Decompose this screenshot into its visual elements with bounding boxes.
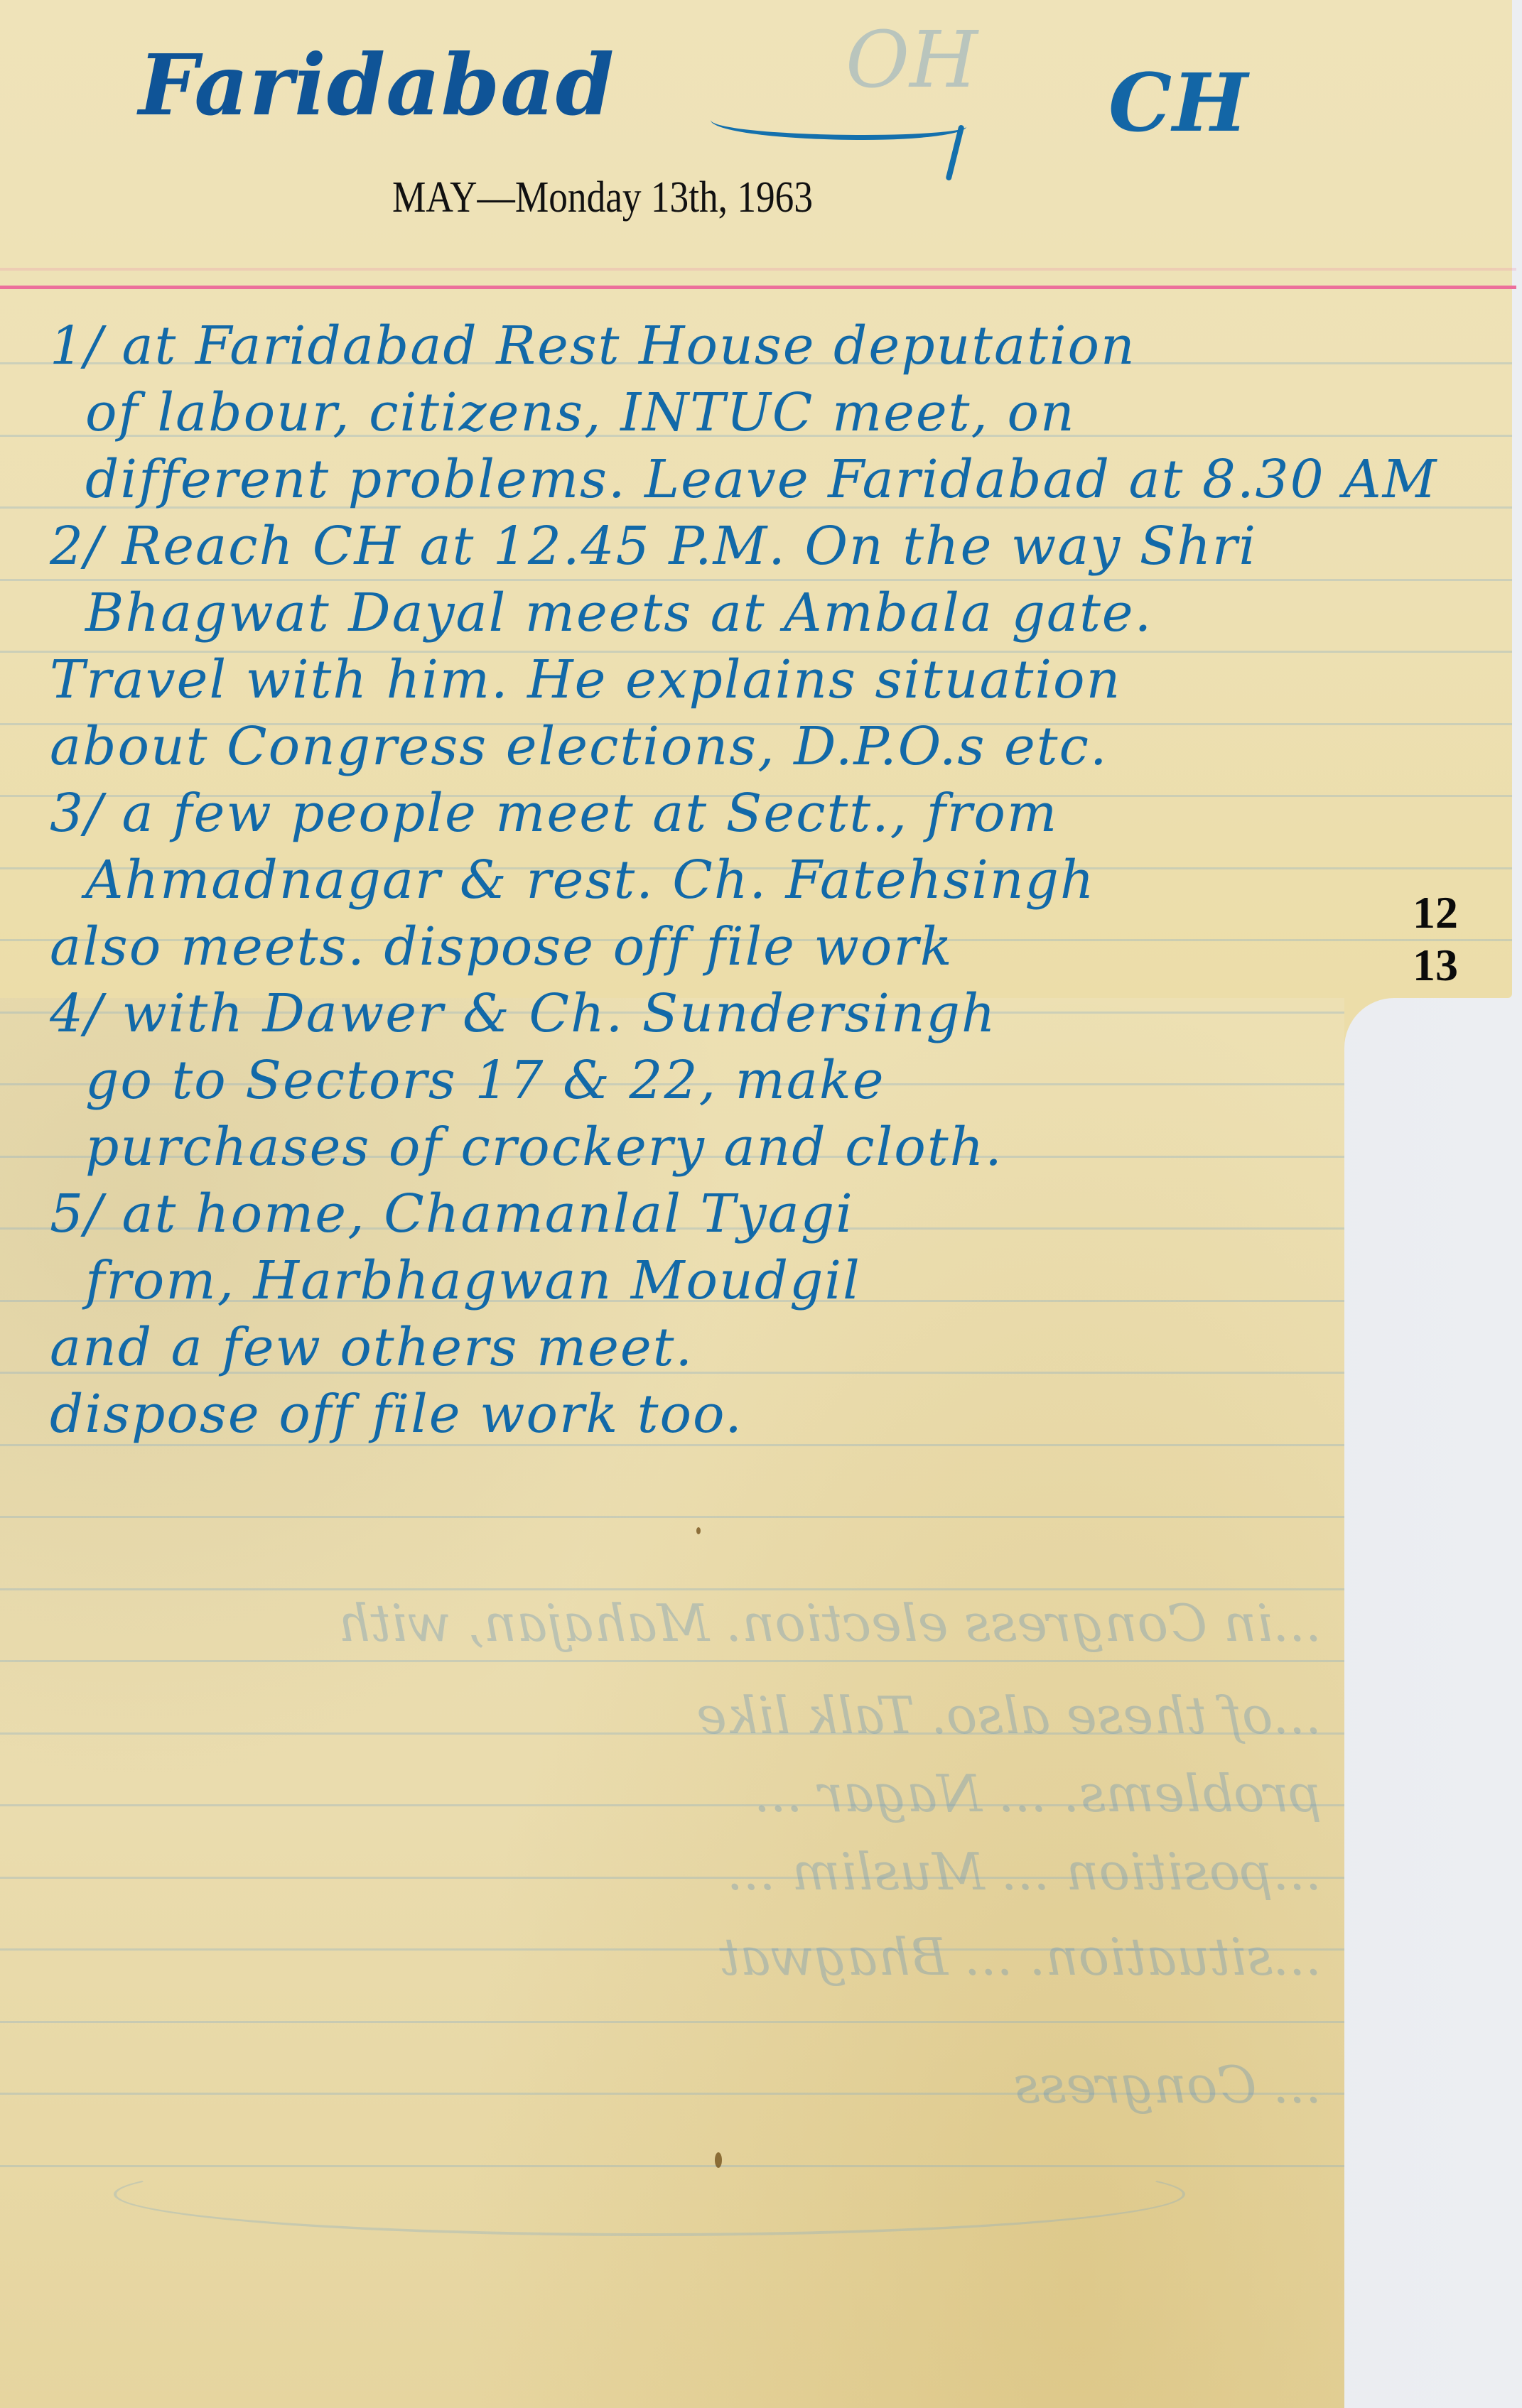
entry-line: Ahmadnagar & rest. Ch. Fatehsingh: [50, 847, 1499, 913]
printed-date: MAY—Monday 13th, 1963: [392, 173, 813, 223]
entry-4: 4/ with Dawer & Ch. Sundersingh go to Se…: [50, 980, 1499, 1181]
entry-line: from, Harbhagwan Moudgil: [50, 1247, 1499, 1314]
bleed-through-line: ...situation. ... Bhagwat: [43, 1918, 1322, 1996]
entry-1: 1/ at Faridabad Rest House deputation of…: [50, 313, 1499, 513]
margin-rule: [0, 286, 1516, 289]
bleed-through-line: ...in Congress election. Mahajan, with: [43, 1584, 1322, 1662]
entry-line: 4/ with Dawer & Ch. Sundersingh: [50, 980, 1499, 1047]
entry-line: different problems. Leave Faridabad at 8…: [50, 446, 1499, 513]
paper-stain: [715, 2152, 722, 2168]
entry-line: 3/ a few people meet at Sectt., from: [50, 780, 1499, 847]
entry-2: 2/ Reach CH at 12.45 P.M. On the way Shr…: [50, 513, 1499, 780]
entry-line: 5/ at home, Chamanlal Tyagi: [50, 1181, 1499, 1247]
diary-entries: 1/ at Faridabad Rest House deputation of…: [50, 313, 1499, 1448]
bleed-through-line: problems. ... Nagar ...: [43, 1755, 1322, 1833]
entry-line: Bhagwat Dayal meets at Ambala gate.: [50, 580, 1499, 646]
entry-line: 1/ at Faridabad Rest House deputation: [50, 313, 1499, 379]
entry-line: 2/ Reach CH at 12.45 P.M. On the way Shr…: [50, 513, 1499, 580]
entry-line: dispose off file work too.: [50, 1381, 1499, 1448]
bleed-through-oval: [114, 2152, 1185, 2236]
entry-line: go to Sectors 17 & 22, make: [50, 1047, 1499, 1114]
ruled-line: [0, 2021, 1344, 2023]
entry-line: about Congress elections, D.P.O.s etc.: [50, 713, 1499, 780]
entry-3: 3/ a few people meet at Sectt., from Ahm…: [50, 780, 1499, 980]
faint-mark: OH: [846, 14, 978, 105]
bleed-through-line: ...position ... Muslim ...: [43, 1833, 1322, 1911]
entry-5: 5/ at home, Chamanlal Tyagi from, Harbha…: [50, 1181, 1499, 1448]
bleed-through-line: ...of these also. Talk like: [43, 1676, 1322, 1755]
header-place-from: Faridabad: [139, 36, 615, 134]
entry-line: purchases of crockery and cloth.: [50, 1114, 1499, 1181]
entry-line: also meets. dispose off file work: [50, 913, 1499, 980]
ruled-line: [0, 1516, 1344, 1518]
entry-line: of labour, citizens, INTUC meet, on: [50, 379, 1499, 446]
entry-line: Travel with him. He explains situation: [50, 646, 1499, 713]
margin-rule-ghost: [0, 268, 1516, 271]
bleed-through-line: ... Congress: [43, 2046, 1322, 2124]
paper-stain: [696, 1527, 701, 1534]
header-place-to: CH: [1108, 57, 1248, 150]
entry-line: and a few others meet.: [50, 1314, 1499, 1381]
